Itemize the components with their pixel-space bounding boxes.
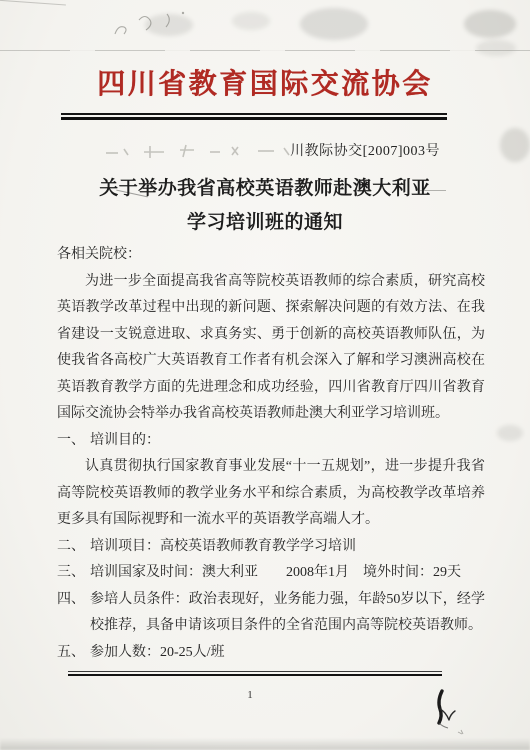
salutation: 各相关院校： <box>57 242 485 269</box>
page-number: 1 <box>238 689 262 701</box>
scan-edge-line <box>0 0 66 5</box>
item-text: 参加人数：20-25人/班 <box>90 640 485 667</box>
notice-title: 关于举办我省高校英语教师赴澳大利亚 学习培训班的通知 <box>0 172 530 239</box>
ink-mark <box>428 686 470 736</box>
item-1-detail: 认真贯彻执行国家教育事业发展“十一五规划”，进一步提升我省高等院校英语教师的教学… <box>57 454 485 534</box>
scan-smudge <box>497 425 523 441</box>
scan-ghost-text <box>100 138 305 164</box>
list-item-3: 三、 培训国家及时间：澳大利亚 2008年1月 境外时间：29天 <box>57 560 485 587</box>
scan-smudge <box>464 10 516 38</box>
intro-paragraph: 为进一步全面提高我省高等院校英语教师的综合素质，研究高校英语教学改革过程中出现的… <box>57 269 485 428</box>
list-item-5: 五、 参加人数：20-25人/班 <box>57 640 485 667</box>
scan-smudge <box>300 8 368 40</box>
scan-fold-line <box>0 50 530 51</box>
item-marker: 三、 <box>57 560 90 587</box>
pencil-scribble <box>105 6 200 48</box>
scan-smudge <box>232 12 270 30</box>
list-item-1: 一、 培训目的： <box>57 428 485 455</box>
list-item-4: 四、 参培人员条件：政治表现好，业务能力强，年龄50岁以下，经学校推荐，具备申请… <box>57 587 485 640</box>
item-marker: 四、 <box>57 587 90 640</box>
notice-title-line2: 学习培训班的通知 <box>0 206 530 240</box>
document-body: 各相关院校： 为进一步全面提高我省高等院校英语教师的综合素质，研究高校英语教学改… <box>57 242 485 666</box>
item-text: 参培人员条件：政治表现好，业务能力强，年龄50岁以下，经学校推荐，具备申请该项目… <box>90 587 485 640</box>
footer-double-rule <box>68 671 442 676</box>
letterhead-org-name: 四川省教育国际交流协会 <box>0 62 530 102</box>
scanned-document-page: 四川省教育国际交流协会 川教际协交[2007]003号 关于举办我省高校英语教师… <box>0 0 530 750</box>
list-item-2: 二、 培训项目：高校英语教师教育教学学习培训 <box>57 534 485 561</box>
letterhead-double-rule <box>61 113 447 120</box>
notice-title-line1: 关于举办我省高校英语教师赴澳大利亚 <box>0 172 530 206</box>
scan-smudge <box>500 128 530 162</box>
scan-edge-shadow <box>0 738 530 750</box>
item-text: 培训项目：高校英语教师教育教学学习培训 <box>90 534 485 561</box>
scan-smudge <box>476 40 516 56</box>
item-marker: 二、 <box>57 534 90 561</box>
item-text: 培训国家及时间：澳大利亚 2008年1月 境外时间：29天 <box>90 560 485 587</box>
item-text: 培训目的： <box>90 428 485 455</box>
document-number: 川教际协交[2007]003号 <box>290 140 440 160</box>
item-marker: 一、 <box>57 428 90 455</box>
item-marker: 五、 <box>57 640 90 667</box>
